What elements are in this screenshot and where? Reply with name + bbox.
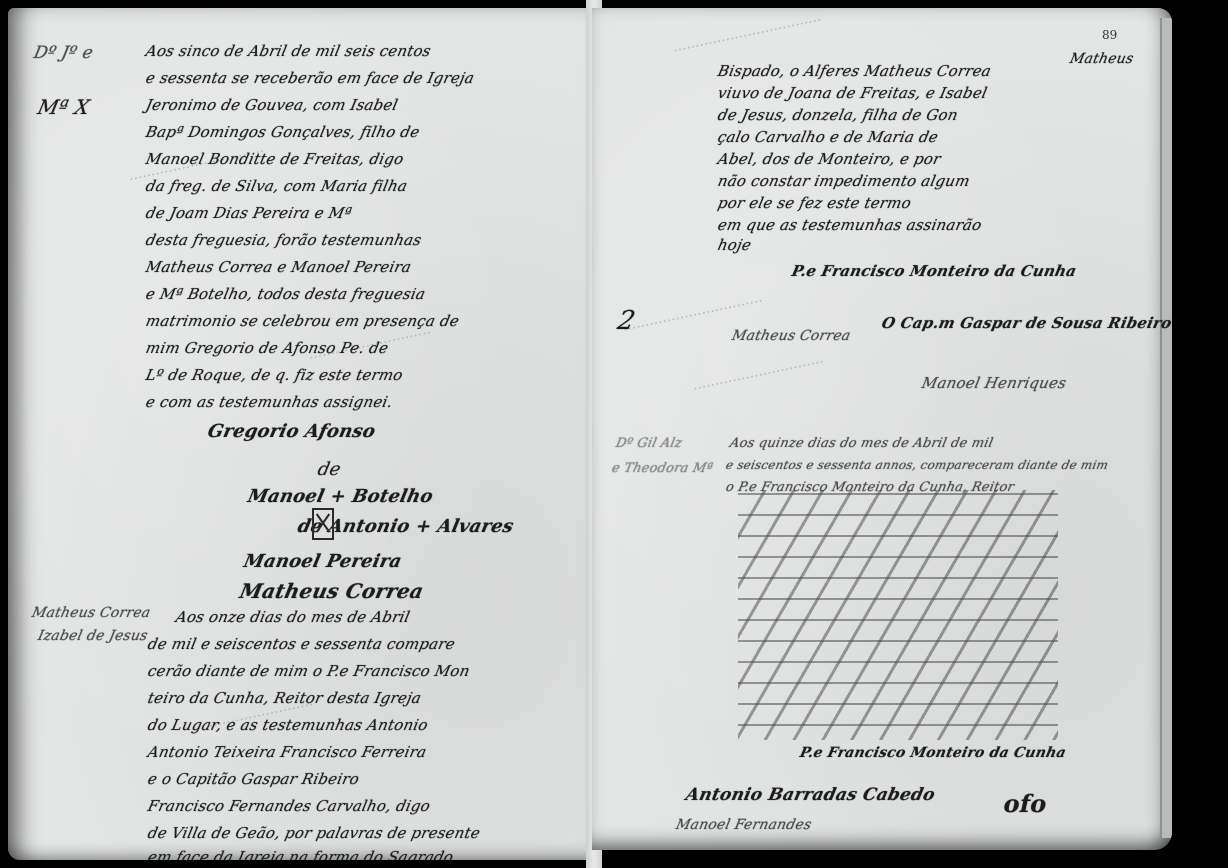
entry-2-line: Aos onze dias do mes de Abril xyxy=(173,604,412,631)
entry-2-line: Antonio Teixeira Francisco Ferreira xyxy=(145,739,429,766)
bleed-through-text: ·································· xyxy=(672,12,823,59)
entry-1-line: e com as testemunhas assignei. xyxy=(143,389,395,416)
signature-witness: Manoel Pereira xyxy=(241,548,404,575)
entry-1-line: matrimonio se celebrou em presença de xyxy=(143,308,462,335)
entry-2-line: Francisco Fernandes Carvalho, digo xyxy=(145,793,433,820)
manuscript-spread: ······························· ········… xyxy=(0,0,1228,868)
entry-2-line: teiro da Cunha, Reitor desta Igreja xyxy=(145,685,424,712)
signature-witness-entry-3: Antonio Barradas Cabedo xyxy=(683,782,937,809)
signature-witness-entry-3: Manoel Fernandes xyxy=(673,812,814,839)
signature-witness: Matheus Correa xyxy=(237,578,426,605)
signature-word: de xyxy=(315,456,343,483)
entry-continued-line: hoje xyxy=(715,232,754,259)
witness-mark-box xyxy=(312,508,334,540)
signature-captain: O Cap.m Gaspar de Sousa Ribeiro xyxy=(879,310,1172,337)
page-edge-strip xyxy=(1160,18,1172,838)
entry-1-line: Jeronimo de Gouvea, com Isabel xyxy=(143,92,400,119)
signature-groom: Matheus Correa xyxy=(729,323,853,350)
entry-1-line: desta freguesia, forão testemunhas xyxy=(143,227,424,254)
page-number: 89 xyxy=(1102,28,1117,42)
entry-1-line: mim Gregorio de Afonso Pe. de xyxy=(143,335,391,362)
entry-2-line: cerão diante de mim o P.e Francisco Mon xyxy=(145,658,472,685)
entry-1-line: da freg. de Silva, com Maria filha xyxy=(143,173,410,200)
margin-note-mid-line-1: Dº Gil Alz xyxy=(613,430,685,457)
margin-note-top-line-2: Mª X xyxy=(35,94,92,121)
entry-1-line: e sessenta se receberão em face de Igrej… xyxy=(143,65,477,92)
margin-note-top-line-1: Dº Jº e xyxy=(31,40,95,67)
crossed-out-entry xyxy=(738,490,1058,740)
entry-2-line: de mil e seiscentos e sessenta compare xyxy=(145,631,458,658)
signature-priest: Gregorio Afonso xyxy=(205,418,378,445)
entry-2-line: em face da Igreja na forma do Sagrado xyxy=(145,844,456,860)
entry-2-line: do Lugar, e as testemunhas Antonio xyxy=(145,712,430,739)
notary-mark: ofo xyxy=(1001,790,1050,817)
signature-witness: Manoel Henriques xyxy=(919,370,1069,397)
entry-1-line: Manoel Bonditte de Freitas, digo xyxy=(143,146,406,173)
entry-1-line: de Joam Dias Pereira e Mª xyxy=(143,200,354,227)
signature-priest: P.e Francisco Monteiro da Cunha xyxy=(789,258,1079,285)
entry-1-line: e Mª Botelho, todos desta freguesia xyxy=(143,281,428,308)
margin-note-bottom-line-2: Izabel de Jesus xyxy=(35,623,150,650)
entry-1-line: Lº de Roque, de q. fiz este termo xyxy=(143,362,405,389)
entry-1-line: Matheus Correa e Manoel Pereira xyxy=(143,254,414,281)
margin-note-mid-line-2: e Theodora Mª xyxy=(609,455,715,482)
signature-witness-mark: Manoel + Botelho xyxy=(245,483,435,510)
entry-continued-line: em que as testemunhas assinarão xyxy=(715,212,984,239)
entry-2-line: de Villa de Geão, por palavras de presen… xyxy=(145,820,483,847)
entry-1-line: Aos sinco de Abril de mil seis centos xyxy=(143,38,433,65)
signature-priest-entry-3: P.e Francisco Monteiro da Cunha xyxy=(797,740,1068,767)
entry-1-line: Bapª Domingos Gonçalves, filho de xyxy=(143,119,422,146)
entry-2-line: e o Capitão Gaspar Ribeiro xyxy=(145,766,362,793)
margin-note-top-right: Matheus xyxy=(1067,46,1136,73)
left-page: ······························· ········… xyxy=(8,8,592,860)
bleed-through-text: ······························ xyxy=(692,354,826,397)
